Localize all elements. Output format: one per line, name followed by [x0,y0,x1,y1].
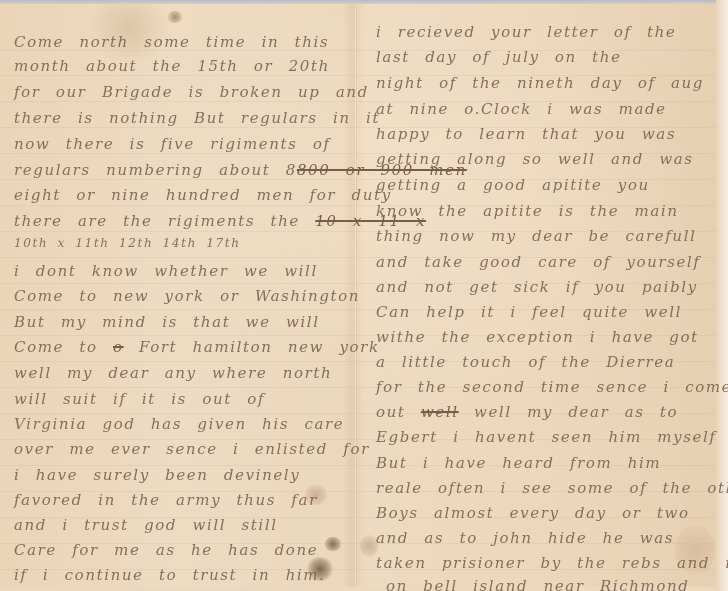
letter-line: over me ever sence i enlisted for [14,440,370,458]
letter-line: and i trust god will still [14,516,278,534]
letter-line: Egbert i havent seen him myself [376,428,717,446]
letter-line: there are the rigiments the 10 x 11 x [14,212,426,230]
letter-line: if i continue to trust in him. [14,566,325,584]
letter-line: and not get sick if you paibly [376,278,698,296]
letter-line: i recieved your letter of the [376,23,676,41]
letter-line: getting a good apitite you [376,176,650,194]
letter-line: there is nothing But regulars in it [14,109,380,127]
right-page: i recieved your letter of the last day o… [376,0,711,591]
letter-line: taken prisioner by the rebs and is [376,554,728,572]
letter-line: But i have heard from him [376,454,661,472]
letter-line: know the apitite is the main [376,202,679,220]
letter-line: eight or nine hundred men for duty [14,186,392,204]
letter-line: will suit if it is out of [14,390,265,408]
letter-line: happy to learn that you was [376,125,676,143]
letter-line: getting along so well and was [376,150,694,168]
letter-line: for the second time sence i come [376,378,728,396]
letter-line: and take good care of yourself [376,253,700,271]
letter-line: on bell island near Richmond [386,577,689,591]
letter-line: Come to o Fort hamilton new york [14,338,380,356]
struck-text: o [113,338,124,356]
letter-line: last day of july on the [376,48,622,66]
letter-line: withe the exception i have got [376,328,699,346]
letter-line: and as to john hide he was [376,529,674,547]
scan-margin [716,0,728,591]
letter-line: reale often i see some of the other [376,479,728,497]
letter-line: out well well my dear as to [376,403,678,421]
letter-line: Virginia god has given his care [14,415,344,433]
letter-line: But my mind is that we will [14,313,320,331]
letter-line: Come north some time in this [14,33,329,51]
letter-line: i have surely been devinely [14,466,300,484]
letter-line: Come to new york or Washington [14,287,360,305]
letter-line: month about the 15th or 20th [14,57,330,75]
letter-line: favored in the army thus far [14,491,318,509]
letter-line: 10th x 11th 12th 14th 17th [14,236,241,250]
letter-line: well my dear any where north [14,364,332,382]
letter-line: for our Brigade is broken up and [14,83,369,101]
letter-line: a little touch of the Dierrea [376,353,675,371]
letter-line: Boys almost every day or two [376,504,690,522]
left-page: Come north some time in this month about… [14,0,349,591]
letter-line: at nine o.Clock i was made [376,100,667,118]
letter-line: night of the nineth day of aug [376,74,704,92]
letter-line: thing now my dear be carefull [376,227,697,245]
letter-line: now there is five rigiments of [14,135,331,153]
letter-line: Care for me as he has done [14,541,318,559]
letter-scan: Come north some time in this month about… [0,0,728,591]
letter-line: i dont know whether we will [14,262,318,280]
letter-line: Can help it i feel quite well [376,303,682,321]
struck-text: well [421,403,459,421]
